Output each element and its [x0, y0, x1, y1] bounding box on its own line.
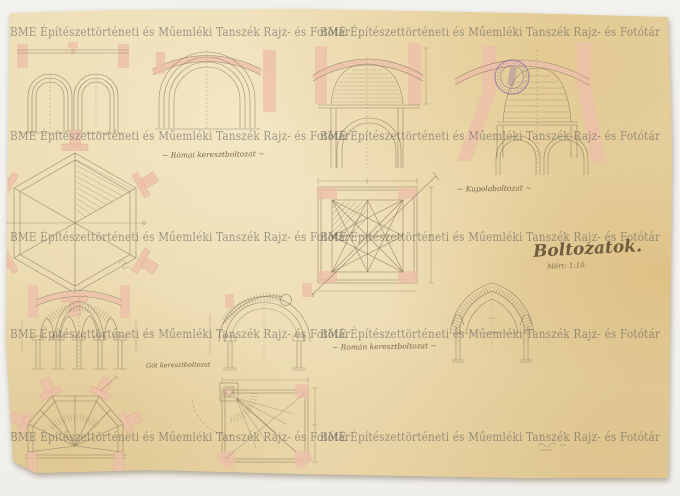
caption-cupola-vault: ~ Kupolaboltozat ~ [457, 183, 532, 193]
drawing-barrel-vault-section [153, 50, 276, 129]
drawing-pointed-arch-study [450, 283, 534, 362]
caption-gothic-cross-vault: Gót keresztboltozat [146, 360, 211, 369]
caption-romanesque-cross-vault: ~ Román keresztboltozat ~ [332, 341, 437, 352]
watermark-text: BME Építészettörténeti és Műemléki Tansz… [320, 326, 660, 341]
paper-sheet: ~ Római keresztboltozat ~ ~ Kupolaboltoz… [0, 0, 680, 496]
watermark-text: BME Építészettörténeti és Műemléki Tansz… [10, 24, 350, 39]
watermark-text: BME Építészettörténeti és Műemléki Tansz… [320, 128, 660, 143]
watermark-text: BME Építészettörténeti és Műemléki Tansz… [320, 229, 660, 244]
drawing-square-pier-plan [192, 377, 318, 469]
library-stamp-icon [495, 60, 529, 94]
watermark-text: BME Építészettörténeti és Műemléki Tansz… [10, 429, 350, 444]
watermark-text: BME Építészettörténeti és Műemléki Tansz… [320, 24, 660, 39]
drawing-hexagon-vault-plan [0, 130, 162, 316]
watermark-text: BME Építészettörténeti és Műemléki Tansz… [10, 326, 350, 341]
signature-mark [538, 443, 566, 450]
watermark-text: BME Építészettörténeti és Műemléki Tansz… [10, 128, 350, 143]
scanned-sheet-photo: ~ Római keresztboltozat ~ ~ Kupolaboltoz… [0, 0, 680, 496]
drawing-cupola-section-large [455, 42, 606, 175]
sheet-scale-note: Mért: 1:10. [547, 261, 587, 270]
watermark-text: BME Építészettörténeti és Műemléki Tansz… [10, 229, 350, 244]
caption-roman-cross-vault: ~ Római keresztboltozat ~ [162, 149, 265, 160]
watermark-text: BME Építészettörténeti és Műemléki Tansz… [320, 429, 660, 444]
drawing-cupola-section-small [313, 43, 429, 168]
paper-shadow: ~ Római keresztboltozat ~ ~ Kupolaboltoz… [0, 0, 680, 496]
drawing-roman-vault-section [17, 42, 129, 133]
